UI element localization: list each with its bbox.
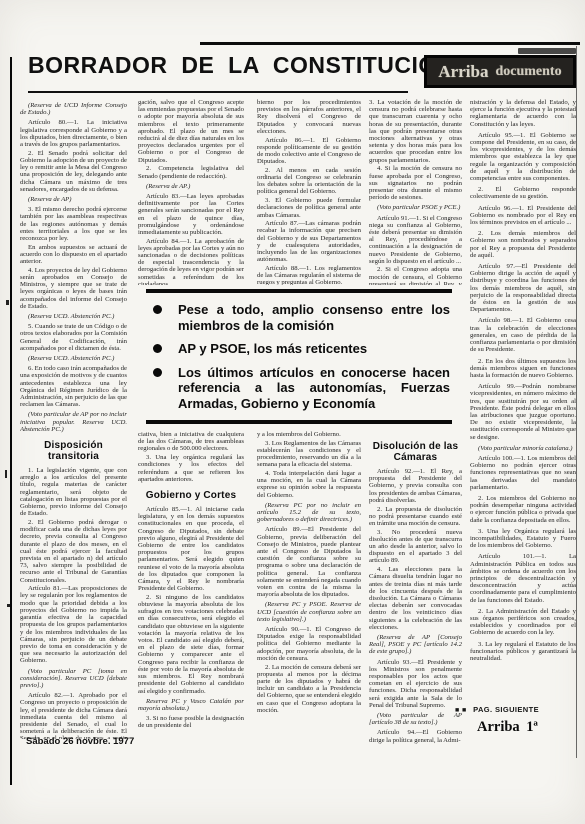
article-paragraph: 3. Una ley Orgánica regulará las incompa… [470, 528, 576, 550]
square-markers-icon: ■ ■ [455, 707, 467, 714]
article-paragraph: Artículo 96.—1. El Presidente del Gobier… [470, 205, 576, 227]
article-paragraph: 4. Los proyectos de ley del Gobierno ser… [20, 267, 127, 310]
article-paragraph: Artículo 88.—1. Los reglamentos de las C… [257, 265, 361, 285]
next-page-label: PAG. SIGUIENTE [473, 705, 539, 714]
reservation-note: (Reserva PC por no incluir en artículo 1… [257, 502, 361, 524]
reservation-note: (Reserva UCD. Abstención PC.) [20, 313, 127, 320]
article-paragraph: Artículo 98.—1. El Gobierno cesa tras la… [470, 317, 576, 353]
text-column-4-top: 3. La votación de la moción de censura n… [369, 99, 462, 285]
scan-speck [5, 470, 7, 478]
article-paragraph: Artículo 101.—1. La Administración Públi… [470, 553, 576, 603]
article-paragraph: 3. Una ley orgánica regulará las condici… [138, 454, 244, 483]
text-column-5: nistración y la defensa del Estado, y ej… [470, 99, 576, 703]
reservation-note: (Reserva de AP [Consejo Real], PSOE y PC… [369, 634, 462, 656]
text-column-2-top: gación, salvo que el Congreso acepte las… [138, 99, 244, 285]
left-edge-rule [10, 57, 12, 785]
headline-bullet-list: Pese a todo, amplio consenso entre los m… [146, 293, 452, 420]
article-paragraph: Artículo 80.—1. La iniciativa legislativ… [20, 119, 127, 148]
article-paragraph: y a los miembros del Gobierno. [257, 431, 361, 438]
title-underline [28, 91, 408, 93]
badge-brand-word: Arriba [438, 62, 488, 82]
headline-text: Los últimos artículos en conocerse hacen… [178, 365, 450, 411]
article-paragraph: 3. El mismo derecho podrá ejercerse tamb… [20, 206, 127, 242]
article-paragraph: 3. Los Reglamentos de las Cámaras establ… [257, 440, 361, 469]
masthead-page-number: Arriba 1ª [477, 719, 538, 736]
article-paragraph: ciativa, bien a iniciativa de cualquiera… [138, 431, 244, 453]
newspaper-page: BORRADOR DE LA CONSTITUCION Arriba docum… [0, 0, 585, 824]
article-paragraph: 2. El Gobierno responde colectivamente d… [470, 186, 576, 200]
article-paragraph: Artículo 81.—Las proposiciones de ley se… [20, 585, 127, 664]
article-paragraph: 2. El Gobierno podrá derogar o modificar… [20, 519, 127, 584]
article-paragraph: 2. La propuesta de disolución no podrá p… [369, 506, 462, 528]
reservation-note: (Reserva de UCD Informe Consejo de Estad… [20, 102, 127, 116]
reservation-note: (Reserva de AP.) [138, 183, 244, 190]
article-paragraph: Artículo 87.—Las cámaras podrán recabar … [257, 220, 361, 263]
article-paragraph: Artículo 92.—1. El Rey, a propuesta del … [369, 468, 462, 504]
article-paragraph: Artículo 99.—Podrán nombrarse vicepresid… [470, 383, 576, 441]
headline-summary-box: Pese a todo, amplio consenso entre los m… [146, 289, 452, 424]
article-paragraph: Artículo 83.—Las leyes aprobadas definit… [138, 193, 244, 236]
article-paragraph: 4. Las elecciones para la Cámara disuelt… [369, 566, 462, 631]
article-paragraph: Artículo 94.—El Gobierno dirige la polít… [369, 729, 462, 743]
article-paragraph: 2. Al menos en cada sesión ordinaria del… [257, 167, 361, 196]
article-paragraph: 2. En los dos últimos supuestos los demá… [470, 358, 576, 380]
article-paragraph: 3. La votación de la moción de censura n… [369, 99, 462, 164]
article-paragraph: 3. El Gobierno puede formular declaracio… [257, 197, 361, 219]
article-paragraph: Artículo 85.—1. Al iniciarse cada legisl… [138, 506, 244, 592]
article-paragraph: 6. En todo caso irán acompañados de una … [20, 365, 127, 408]
section-heading: Disposición transitoria [20, 440, 127, 462]
article-paragraph: 4. Si la moción de censura no fuese apro… [369, 165, 462, 201]
article-paragraph: gación, salvo que el Congreso acepte las… [138, 99, 244, 164]
text-column-2-bottom: ciativa, bien a iniciativa de cualquiera… [138, 431, 244, 743]
reservation-note: (Voto particular PC [toma en consideraci… [20, 668, 127, 690]
reservation-note: (Voto particular de AP por no incluir in… [20, 411, 127, 433]
article-paragraph: 5. Cuando se trate de un Código o de otr… [20, 323, 127, 352]
next-page-indicator: ■ ■ PAG. SIGUIENTE [455, 705, 539, 714]
arriba-documento-badge: Arriba documento [424, 55, 576, 88]
article-paragraph: nistración y la defensa del Estado, y ej… [470, 99, 576, 128]
article-paragraph: Artículo 86.—1. El Gobierno responde pol… [257, 137, 361, 166]
issue-date: Sábado 26 novbre. 1977 [26, 736, 134, 747]
article-paragraph: Artículo 84.—1. La aprobación de leyes a… [138, 238, 244, 285]
article-paragraph: 2. La Administración del Estado y sus ór… [470, 608, 576, 637]
article-paragraph: 2. La moción de censura deberá ser propu… [257, 664, 361, 714]
article-paragraph: Artículo 82.—1. Aprobado por el Congreso… [20, 692, 127, 739]
article-paragraph: 3. No procederá nueva disolución antes d… [369, 529, 462, 565]
article-paragraph: Artículo 100.—1. Los miembros del Gobier… [470, 455, 576, 491]
section-heading: Gobierno y Cortes [138, 490, 244, 501]
scan-speck [7, 604, 10, 607]
article-paragraph: Artículo 95.—1. El Gobierno se compone d… [470, 132, 576, 182]
article-paragraph: 2. Los demás miembros del Gobierno son n… [470, 230, 576, 259]
headline-box-bottom-rule [146, 420, 452, 424]
reservation-note: (Voto particular PSOE y PCE.) [369, 204, 462, 211]
article-paragraph: 3. La ley regulará el Estatuto de los fu… [470, 641, 576, 663]
text-column-3-top: bierno por los procedimientos previstos … [257, 99, 361, 285]
article-paragraph: 3. Si no fuese posible la designación de… [138, 715, 244, 729]
headline-text: Pese a todo, amplio consenso entre los m… [178, 302, 450, 333]
reservation-note: (Voto particular minoría catalana.) [470, 445, 576, 452]
reservation-note: (Reserva PC y PSOE. Reserva de UCD [cues… [257, 601, 361, 623]
scan-speck [6, 300, 9, 305]
article-paragraph: 2. El Senado podrá solicitar del Gobiern… [20, 150, 127, 193]
page-title: BORRADOR DE LA CONSTITUCION [28, 52, 428, 79]
article-paragraph: 2. Si el Congreso adopta una moción de c… [369, 266, 462, 285]
top-rule [200, 42, 580, 45]
article-paragraph: 4. Toda interpelación dará lugar a una m… [257, 470, 361, 499]
article-paragraph: Artículo 90.—1. El Congreso de Diputados… [257, 626, 361, 662]
article-paragraph: 2. Los miembros del Gobierno no podrán d… [470, 495, 576, 524]
badge-section-word: documento [495, 64, 561, 80]
headline-text: AP y PSOE, los más reticentes [178, 341, 367, 356]
article-paragraph: Artículo 89.—El Presidente del Gobierno,… [257, 526, 361, 598]
text-column-1: (Reserva de UCD Informe Consejo de Estad… [20, 99, 127, 739]
article-paragraph: 2. Competencia legislativa del Senado (p… [138, 165, 244, 179]
corner-smudge-mark [518, 48, 576, 54]
bullet-dot-icon [153, 368, 162, 377]
headline-bullet-item: Pese a todo, amplio consenso entre los m… [146, 302, 450, 333]
article-paragraph: Artículo 91.—1. Si el Congreso niega su … [369, 215, 462, 265]
reservation-note: Reserva PC y Vasco Catalán por mayoría a… [138, 698, 244, 712]
article-paragraph: 1. La legislación vigente, que con arreg… [20, 467, 127, 517]
text-column-4-bottom: Disolución de las CámarasArtículo 92.—1.… [369, 434, 462, 752]
article-paragraph: Artículo 93.—El Presidente y los Ministr… [369, 659, 462, 709]
article-paragraph: bierno por los procedimientos previstos … [257, 99, 361, 135]
text-column-3-bottom: y a los miembros del Gobierno.3. Los Reg… [257, 431, 361, 749]
article-paragraph: Artículo 97.—El Presidente del Gobierno … [470, 263, 576, 313]
section-heading: Disolución de las Cámaras [369, 441, 462, 463]
headline-bullet-item: AP y PSOE, los más reticentes [146, 341, 450, 357]
headline-bullet-item: Los últimos artículos en conocerse hacen… [146, 365, 450, 412]
article-paragraph: En ambos supuestos se actuará de acuerdo… [20, 244, 127, 266]
bullet-dot-icon [153, 344, 162, 353]
bullet-dot-icon [153, 305, 162, 314]
article-paragraph: 2. Si ninguno de los candidatos obtuvies… [138, 594, 244, 695]
reservation-note: (Reserva UCD. Abstención PC.) [20, 355, 127, 362]
reservation-note: (Voto particular de AP [artículo 38 de s… [369, 712, 462, 726]
right-edge-rule [576, 46, 577, 758]
reservation-note: (Reserva de AP) [20, 196, 127, 203]
